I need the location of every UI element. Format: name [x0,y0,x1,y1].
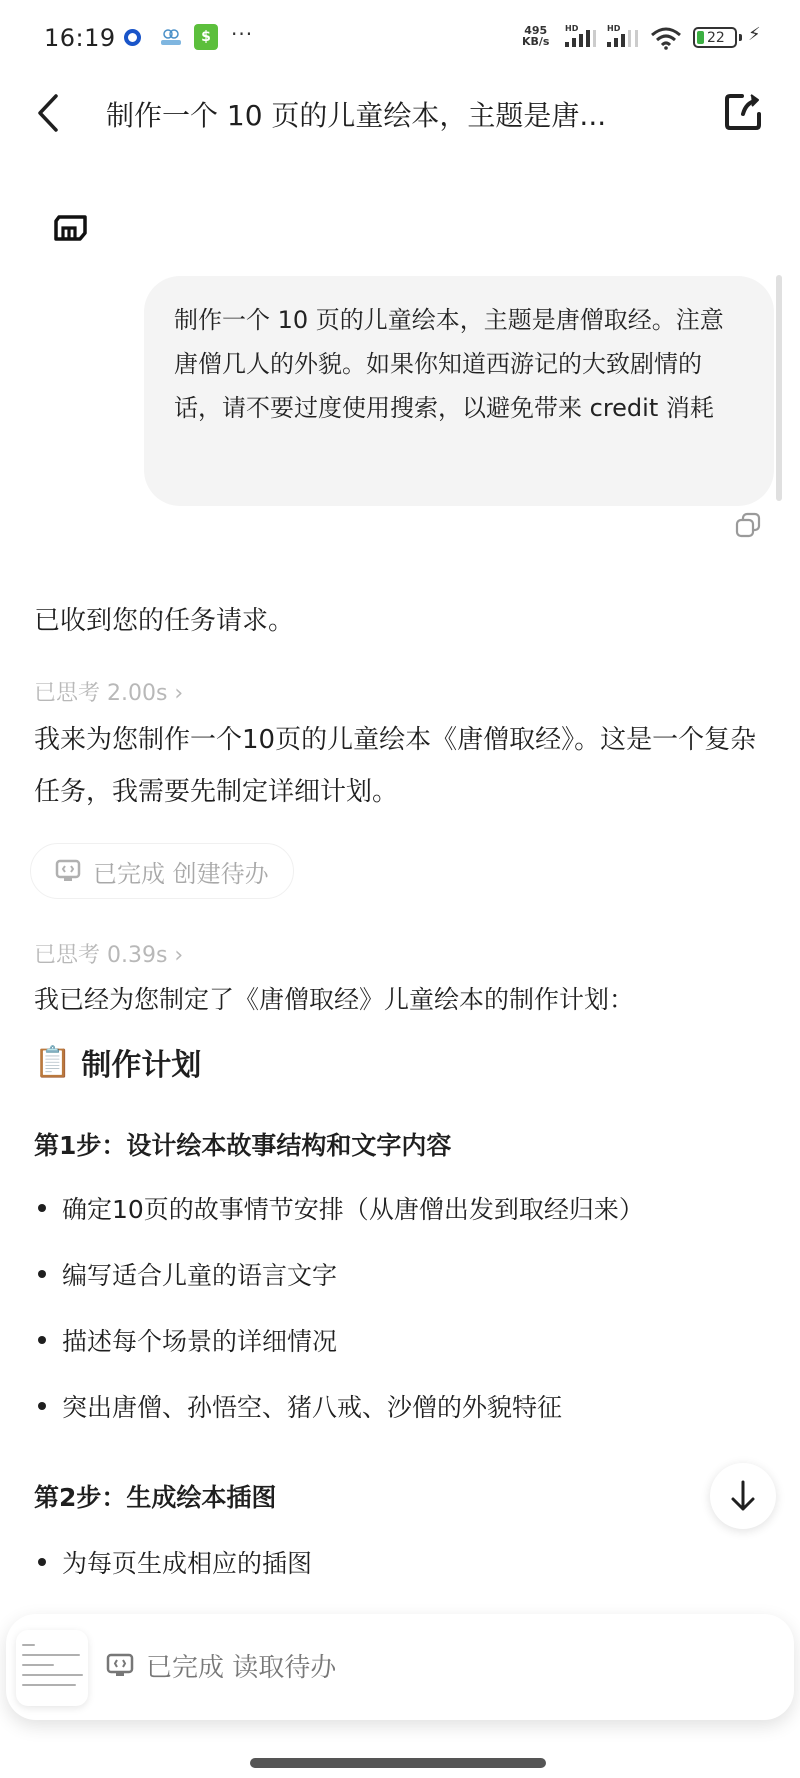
copy-icon [733,511,763,541]
circle-app-icon [124,29,141,46]
create-todo-chip[interactable]: 已完成 创建待办 [30,843,294,899]
signal-sim1-icon: HD [565,27,601,49]
user-message-bubble: 制作一个 10 页的儿童绘本，主题是唐僧取经。注意唐僧几人的外貌。如果你知道西游… [144,276,774,506]
clipboard-icon: 📋 [34,1045,71,1080]
more-notifications-icon: ··· [231,22,253,46]
agent-logo-icon [52,213,88,243]
network-speed: 495 KB/s [522,25,549,47]
list-item: 确定10页的故事情节安排（从唐僧出发到取经归来） [34,1190,644,1226]
home-indicator[interactable] [250,1758,546,1768]
user-message-text: 制作一个 10 页的儿童绘本，主题是唐僧取经。注意唐僧几人的外貌。如果你知道西游… [174,298,744,430]
scroll-to-bottom-button[interactable] [710,1463,776,1529]
charging-icon: ⚡ [748,24,761,45]
list-item: 描述每个场景的详细情况 [34,1322,337,1358]
task-status-card[interactable]: 已完成 读取待办 [6,1614,794,1720]
step-1-title: 第1步：设计绘本故事结构和文字内容 [34,1126,451,1162]
arrow-down-icon [728,1479,758,1513]
todo-monitor-icon [106,1653,134,1679]
list-item: 编写适合儿童的语言文字 [34,1256,337,1292]
cloud-app-icon [158,26,184,48]
page-title: 制作一个 10 页的儿童绘本，主题是唐... [106,94,706,134]
todo-thumbnail[interactable] [16,1630,88,1706]
step-2-title: 第2步：生成绘本插图 [34,1478,276,1514]
chevron-left-icon [30,88,70,138]
list-item: 为每页生成相应的插图 [34,1544,312,1580]
read-todo-label: 已完成 读取待办 [146,1647,336,1684]
read-todo-chip[interactable]: 已完成 读取待办 [106,1647,336,1684]
create-todo-label: 已完成 创建待办 [93,854,269,889]
battery-icon: 22 [693,27,737,48]
thought-toggle-2[interactable]: 已思考 0.39s › [34,938,183,969]
todo-monitor-icon [55,859,81,883]
wifi-icon [650,26,682,50]
share-button[interactable] [722,90,766,134]
clock: 16:19 [44,24,116,52]
scrollbar[interactable] [776,275,782,501]
copy-button[interactable] [733,511,763,541]
signal-sim2-icon: HD [607,27,643,49]
status-bar: 16:19 $ ··· 495 KB/s HD HD [0,0,800,78]
green-app-icon: $ [194,24,218,50]
battery-tip [739,34,742,41]
share-icon [722,90,766,134]
header: 制作一个 10 页的儿童绘本，主题是唐... [0,78,800,150]
back-button[interactable] [30,88,70,138]
received-text: 已收到您的任务请求。 [34,600,294,637]
intro-text: 我来为您制作一个10页的儿童绘本《唐僧取经》。这是一个复杂任务，我需要先制定详细… [34,714,774,818]
plan-heading-text: 制作计划 [81,1040,201,1084]
plan-intro-text: 我已经为您制定了《唐僧取经》儿童绘本的制作计划： [34,980,634,1016]
list-item: 突出唐僧、孙悟空、猪八戒、沙僧的外貌特征 [34,1388,562,1424]
plan-heading: 📋 制作计划 [34,1040,201,1084]
thought-toggle-1[interactable]: 已思考 2.00s › [34,676,183,707]
